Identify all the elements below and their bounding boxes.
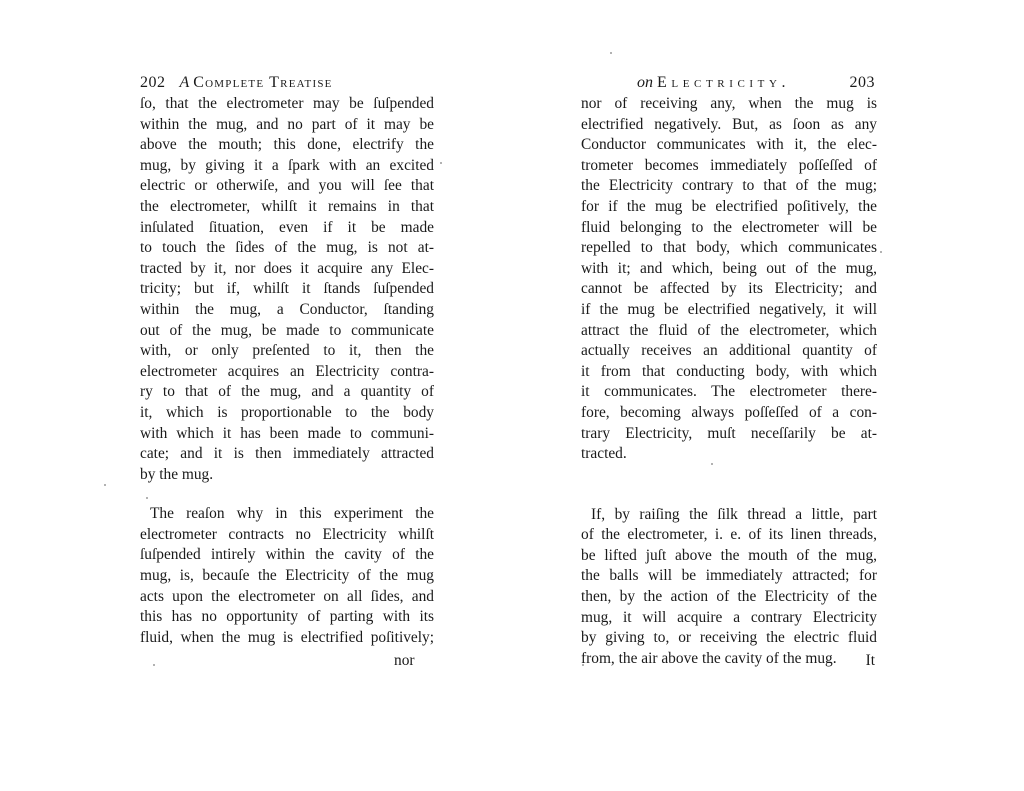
text-line: nor of receiving any, when the mug is [581,94,877,115]
text-line: ry to that of the mug, and a quantity of [140,382,434,403]
text-line: If, by raiſing the ſilk thread a little,… [581,505,877,526]
scan-speck [880,251,882,253]
text-line: cannot be affected by its Electricity; a… [581,279,877,300]
text-line: fore, becoming always poſſeſſed of a con… [581,403,877,424]
running-head-italic: A [180,74,190,91]
text-line: electrometer contracts no Electricity wh… [140,525,434,546]
running-head-title-group: on Electricity. [637,72,790,94]
paragraph: nor of receiving any, when the mug is el… [581,94,877,465]
text-line: this has no opportunity of parting with … [140,607,434,628]
text-line: tricity; but if, whilſt it ſtands ſuſpen… [140,279,434,300]
text-line: the electrometer, whilſt it remains in t… [140,197,434,218]
text-line: cate; and it is then immediately attract… [140,444,434,465]
text-line: inſulated ſituation, even if it be made [140,218,434,239]
text-line: attract the fluid of the electrometer, w… [581,321,877,342]
scan-speck [711,463,713,465]
text-line: electrometer acquires an Electricity con… [140,362,434,383]
text-line: it, which is proportionable to the body [140,403,434,424]
text-line: with, or only preſented to it, then the [140,341,434,362]
text-line: Conductor communicates with it, the elec… [581,135,877,156]
text-line: by the mug. [140,465,434,486]
text-line: within the mug, and no part of it may be [140,115,434,136]
running-head-title: Complete Treatise [193,74,332,91]
scan-speck [582,664,584,666]
text-line: trometer becomes immediately poſſeſſed o… [581,156,877,177]
text-line: for if the mug be electrified poſitively… [581,197,877,218]
text-line: then, by the action of the Electricity o… [581,587,877,608]
text-line: electrified negatively. But, as ſoon as … [581,115,877,136]
catchword: nor [394,651,415,671]
scan-speck [153,664,155,666]
scan-speck [440,162,442,164]
text-line: tracted. [581,444,877,465]
text-line: of the electrometer, i. e. of its linen … [581,525,877,546]
paragraph-gap [140,485,434,504]
running-head-title: Electricity. [657,74,790,91]
text-line: mug, is, becauſe the Electricity of the … [140,566,434,587]
text-line: out of the mug, be made to communicate [140,321,434,342]
scan-speck [146,497,148,499]
text-line: actually receives an additional quantity… [581,341,877,362]
text-line: it from that conducting body, with which [581,362,877,383]
text-line: ſo, that the electrometer may be ſuſpend… [140,94,434,115]
text-line: with it; and which, being out of the mug… [581,259,877,280]
text-line: from, the air above the cavity of the mu… [581,649,877,670]
text-line: acts upon the electrometer on all ſides,… [140,587,434,608]
page-number: 202 [140,74,166,91]
catchword: It [866,651,875,671]
running-head-right: on Electricity. 203 [581,72,877,94]
text-line: electric or otherwiſe, and you will ſee … [140,176,434,197]
text-line: The reaſon why in this experiment the [140,504,434,525]
paragraph: ſo, that the electrometer may be ſuſpend… [140,94,434,485]
text-line: mug, it will acquire a contrary Electric… [581,608,877,629]
paragraph: The reaſon why in this experiment the el… [140,504,434,648]
text-line: above the mouth; this done, electrify th… [140,135,434,156]
text-line: repelled to that body, which communicate… [581,238,877,259]
text-line: fluid belonging to the electrometer will… [581,218,877,239]
text-line: tracted by it, nor does it acquire any E… [140,259,434,280]
text-line: to touch the ſides of the mug, is not at… [140,238,434,259]
text-line: if the mug be electrified negatively, it… [581,300,877,321]
text-line: mug, by giving it a ſpark with an excite… [140,156,434,177]
paragraph-gap [581,465,877,505]
running-head-left: 202 A Complete Treatise [140,72,434,94]
text-line: within the mug, a Conductor, ſtanding [140,300,434,321]
text-line: ſuſpended intirely within the cavity of … [140,545,434,566]
paragraph: If, by raiſing the ſilk thread a little,… [581,505,877,670]
page-body: nor of receiving any, when the mug is el… [581,94,877,669]
text-line: the balls will be immediately attracted;… [581,566,877,587]
text-line: the Electricity contrary to that of the … [581,176,877,197]
text-line: it communicates. The electrometer there- [581,382,877,403]
page-number: 203 [850,72,876,94]
text-line: with which it has been made to communi- [140,424,434,445]
scan-speck [104,484,106,486]
text-line: be lifted juſt above the mouth of the mu… [581,546,877,567]
running-head-italic: on [637,74,653,91]
text-line: by giving to, or receiving the electric … [581,628,877,649]
text-line: trary Electricity, muſt neceſſarily be a… [581,424,877,445]
page-body: ſo, that the electrometer may be ſuſpend… [140,94,434,648]
text-line: fluid, when the mug is electrified poſit… [140,628,434,649]
scan-speck [610,52,612,54]
